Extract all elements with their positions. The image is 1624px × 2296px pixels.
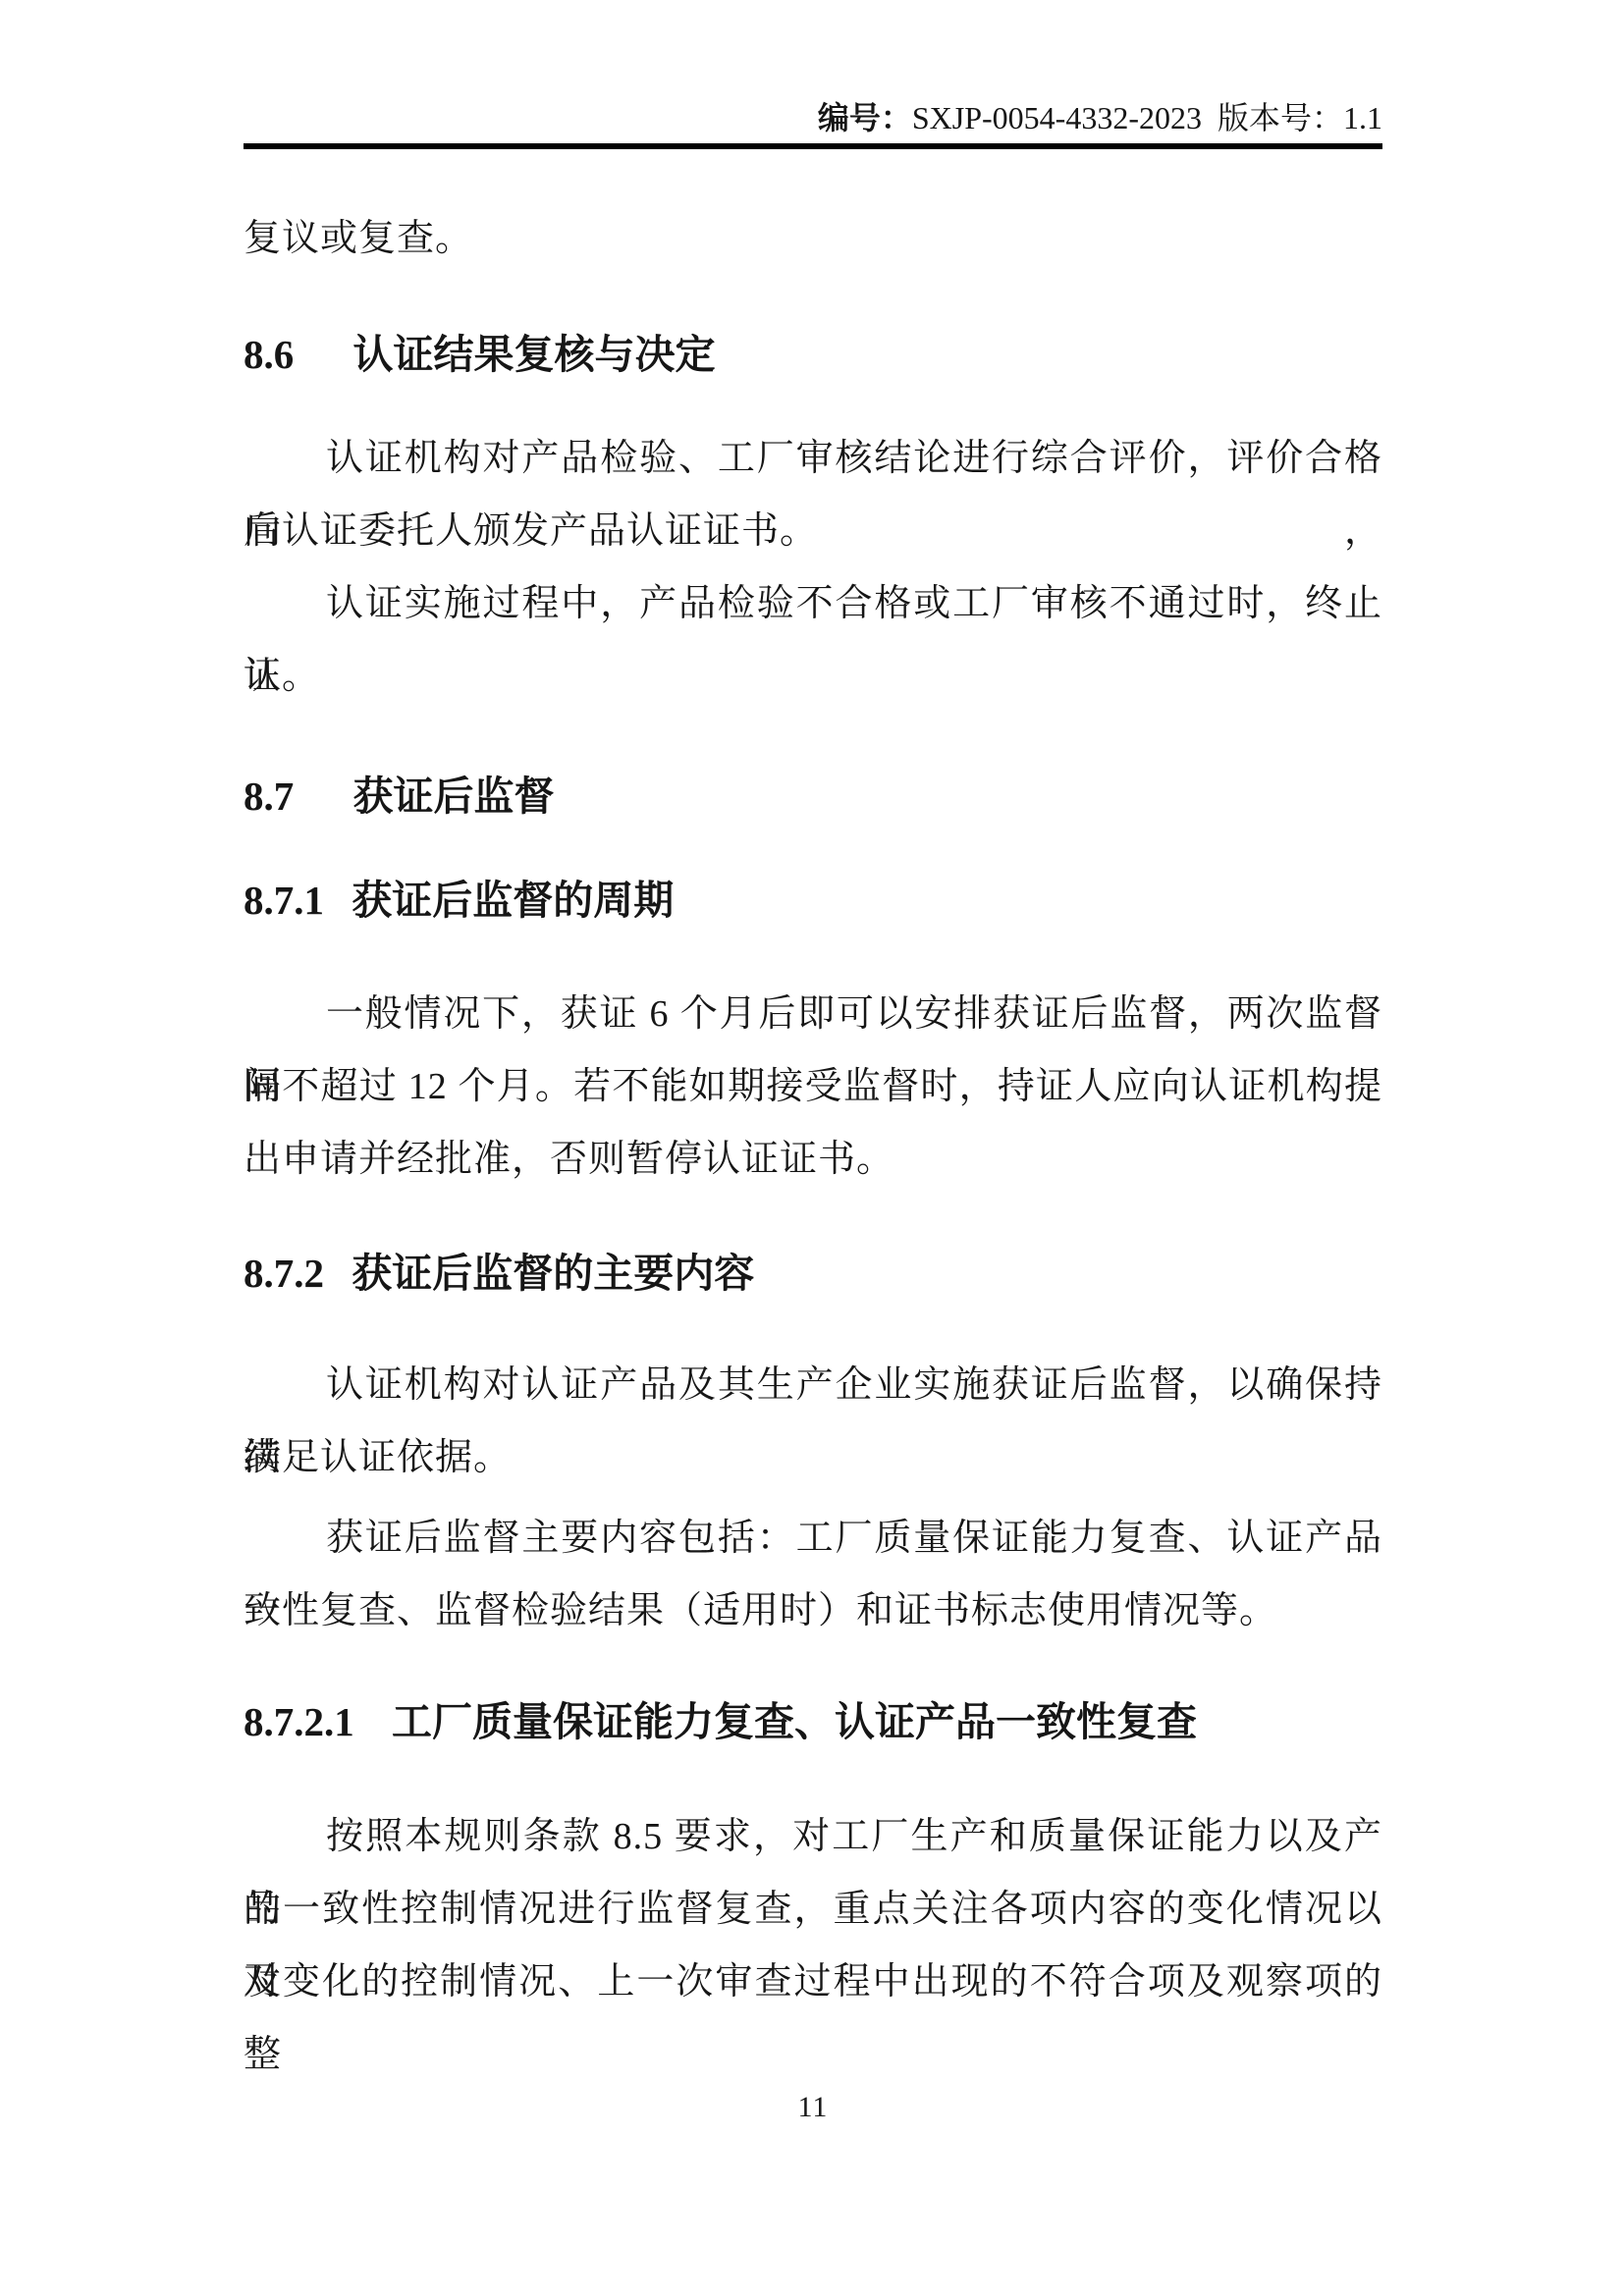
paragraph-line: 的一致性控制情况进行监督复查，重点关注各项内容的变化情况以及: [244, 1873, 1382, 1946]
paragraph-line: 认证机构对产品检验、工厂审核结论进行综合评价，评价合格后，: [244, 422, 1382, 495]
section-number: 8.6: [244, 318, 294, 391]
section-heading-8-7: 8.7 获证后监督: [244, 760, 1382, 832]
version-value: 1.1: [1343, 98, 1382, 137]
paragraph-line: 致性复查、监督检验结果（适用时）和证书标志使用情况等。: [244, 1575, 1382, 1647]
doc-number-value: SXJP-0054-4332-2023: [912, 98, 1202, 137]
section-title: 工厂质量保证能力复查、认证产品一致性复查: [392, 1699, 1197, 1744]
paragraph-line: 满足认证依据。: [244, 1421, 1382, 1494]
paragraph: 认证实施过程中，产品检验不合格或工厂审核不通过时，终止认 证。: [244, 567, 1382, 713]
page-number: 11: [244, 2078, 1382, 2137]
section-heading-8-7-1: 8.7.1 获证后监督的周期: [244, 864, 1382, 936]
paragraph-line: 认证实施过程中，产品检验不合格或工厂审核不通过时，终止认: [244, 567, 1382, 640]
section-title: 获证后监督的周期: [352, 878, 674, 923]
document-page: 编号： SXJP-0054-4332-2023 版本号： 1.1 复议或复查。 …: [0, 0, 1624, 2296]
section-heading-8-7-2: 8.7.2 获证后监督的主要内容: [244, 1237, 1382, 1309]
paragraph-line: 获证后监督主要内容包括：工厂质量保证能力复查、认证产品一: [244, 1502, 1382, 1575]
paragraph: 认证机构对产品检验、工厂审核结论进行综合评价，评价合格后， 向认证委托人颁发产品…: [244, 422, 1382, 567]
paragraph-line: 认证机构对认证产品及其生产企业实施获证后监督，以确保持续: [244, 1349, 1382, 1421]
paragraph-line: 一般情况下，获证 6 个月后即可以安排获证后监督，两次监督间: [244, 978, 1382, 1050]
paragraph-line: 按照本规则条款 8.5 要求，对工厂生产和质量保证能力以及产品: [244, 1800, 1382, 1873]
paragraph-line: 证。: [244, 640, 1382, 713]
paragraph-intro-line: 复议或复查。: [244, 202, 1382, 275]
section-heading-8-7-2-1: 8.7.2.1 工厂质量保证能力复查、认证产品一致性复查: [244, 1685, 1382, 1758]
section-number: 8.7: [244, 760, 294, 832]
section-heading-8-6: 8.6 认证结果复核与决定: [244, 318, 1382, 391]
section-title: 获证后监督: [353, 774, 555, 819]
paragraph: 认证机构对认证产品及其生产企业实施获证后监督，以确保持续 满足认证依据。: [244, 1349, 1382, 1494]
version-label: 版本号：: [1218, 98, 1343, 137]
paragraph-line: 对变化的控制情况、上一次审查过程中出现的不符合项及观察项的整: [244, 1946, 1382, 2018]
paragraph: 一般情况下，获证 6 个月后即可以安排获证后监督，两次监督间 隔不超过 12 个…: [244, 978, 1382, 1196]
section-number: 8.7.2.1: [244, 1685, 354, 1758]
paragraph: 按照本规则条款 8.5 要求，对工厂生产和质量保证能力以及产品 的一致性控制情况…: [244, 1800, 1382, 2018]
section-title: 认证结果复核与决定: [353, 332, 716, 377]
paragraph-line: 隔不超过 12 个月。若不能如期接受监督时，持证人应向认证机构提: [244, 1050, 1382, 1123]
page-header: 编号： SXJP-0054-4332-2023 版本号： 1.1: [244, 0, 1382, 149]
paragraph-line: 出申请并经批准，否则暂停认证证书。: [244, 1123, 1382, 1196]
doc-number-label: 编号：: [818, 98, 912, 137]
section-title: 获证后监督的主要内容: [352, 1251, 754, 1296]
paragraph: 获证后监督主要内容包括：工厂质量保证能力复查、认证产品一 致性复查、监督检验结果…: [244, 1502, 1382, 1647]
section-number: 8.7.1: [244, 864, 324, 936]
section-number: 8.7.2: [244, 1237, 324, 1309]
